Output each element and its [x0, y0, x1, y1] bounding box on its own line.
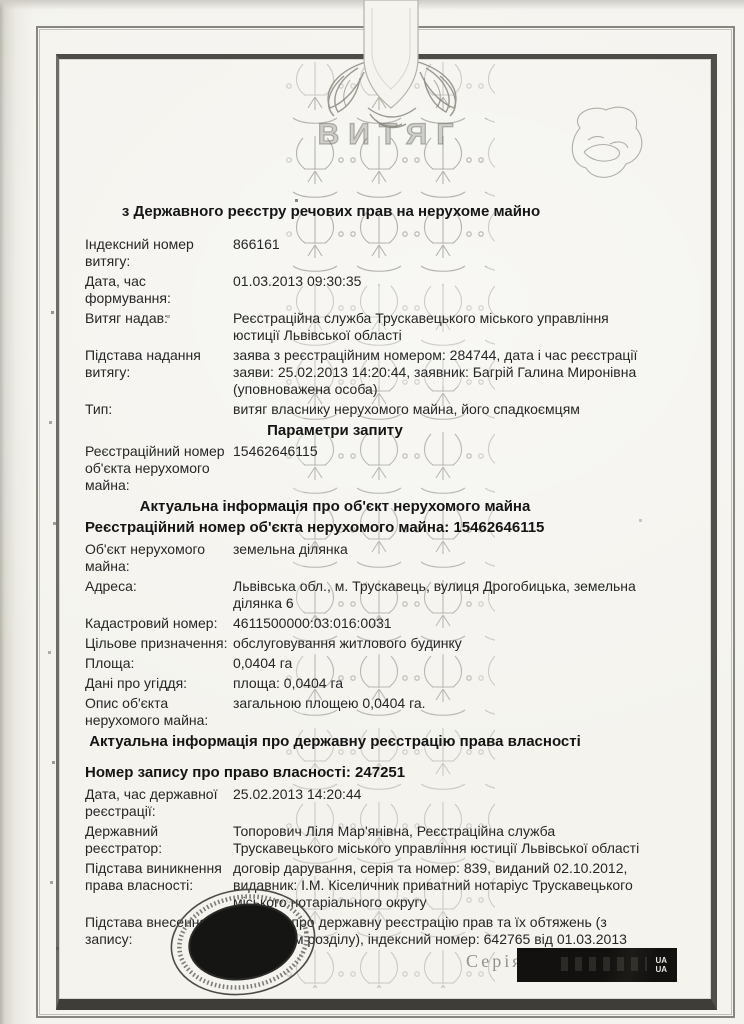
field-row: Підстава надання витягу:заява з реєстрац… — [85, 347, 665, 398]
document-body: з Державного реєстру речових прав на нер… — [85, 203, 665, 951]
field-value: Реєстраційна служба Трускавецького міськ… — [233, 310, 665, 344]
ua-mark-bottom: UA — [655, 965, 667, 974]
section-heading: Актуальна інформація про державну реєстр… — [85, 733, 585, 750]
field-label: Індексний номер витягу: — [85, 236, 233, 270]
field-row: Індексний номер витягу:866161 — [85, 236, 665, 270]
ua-mark-top: UA — [655, 956, 667, 965]
field-label: Площа: — [85, 655, 233, 672]
field-value: 4611500000:03:016:0031 — [233, 615, 665, 632]
field-label: Витяг надав: — [85, 310, 233, 344]
scan-noise-specks — [0, 0, 1, 1]
ua-marks: UA UA — [655, 956, 667, 974]
subsection-heading: Номер запису про право власності: 247251 — [85, 764, 665, 781]
field-label: Реєстраційний номер об'єкта нерухомого м… — [85, 443, 233, 494]
field-label: Державний реєстратор: — [85, 823, 233, 857]
field-row: Дата, час формування:01.03.2013 09:30:35 — [85, 273, 665, 307]
field-row: Цільове призначення:обслуговування житло… — [85, 635, 665, 652]
field-value: витяг власнику нерухомого майна, його сп… — [233, 401, 665, 418]
field-row: Витяг надав:Реєстраційна служба Трускаве… — [85, 310, 665, 344]
field-row: Опис об'єкта нерухомого майна:загальною … — [85, 695, 665, 729]
field-label: Дата, час формування: — [85, 273, 233, 307]
series-redaction-bar: UA UA — [517, 948, 677, 982]
field-label: Цільове призначення: — [85, 635, 233, 652]
coat-of-arms-shield-icon — [358, 0, 424, 116]
field-value: площа: 0,0404 га — [233, 675, 665, 692]
field-value: 25.02.2013 14:20:44 — [233, 786, 665, 820]
field-row: Площа:0,0404 га — [85, 655, 665, 672]
field-label: Підстава надання витягу: — [85, 347, 233, 398]
redacted-characters — [561, 957, 647, 971]
field-row: Дані про угіддя:площа: 0,0404 га — [85, 675, 665, 692]
field-label: Тип: — [85, 401, 233, 418]
field-value: земельна ділянка — [233, 541, 665, 575]
embossed-stamp-icon — [558, 100, 650, 196]
field-row: Державний реєстратор:Топорович Ліля Мар'… — [85, 823, 665, 857]
field-row: Реєстраційний номер об'єкта нерухомого м… — [85, 443, 665, 494]
field-value: 866161 — [233, 236, 665, 270]
field-value: обслуговування житлового будинку — [233, 635, 665, 652]
field-row: Об'єкт нерухомого майна:земельна ділянка — [85, 541, 665, 575]
field-value: загальною площею 0,0404 га. — [233, 695, 665, 729]
field-value: 15462646115 — [233, 443, 665, 494]
field-row: Дата, час державної реєстрації:25.02.201… — [85, 786, 665, 820]
field-label: Адреса: — [85, 578, 233, 612]
field-label: Кадастровий номер: — [85, 615, 233, 632]
field-label: Дата, час державної реєстрації: — [85, 786, 233, 820]
field-label: Дані про угіддя: — [85, 675, 233, 692]
field-value: Топорович Ліля Мар'янівна, Реєстраційна … — [233, 823, 665, 857]
document-title: з Державного реєстру речових прав на нер… — [85, 203, 577, 220]
field-label: Об'єкт нерухомого майна: — [85, 541, 233, 575]
section-heading: Параметри запиту — [85, 422, 585, 439]
field-value: 0,0404 га — [233, 655, 665, 672]
field-row: Тип:витяг власнику нерухомого майна, йог… — [85, 401, 665, 418]
field-row: Кадастровий номер:4611500000:03:016:0031 — [85, 615, 665, 632]
field-value: 01.03.2013 09:30:35 — [233, 273, 665, 307]
series-label: Серія — [466, 951, 524, 972]
field-label: Опис об'єкта нерухомого майна: — [85, 695, 233, 729]
round-ink-seal-icon — [165, 884, 321, 1004]
field-value: заява з реєстраційним номером: 284744, д… — [233, 347, 665, 398]
subsection-heading: Реєстраційний номер об'єкта нерухомого м… — [85, 519, 665, 536]
field-value: Львівська обл., м. Трускавець, вулиця Др… — [233, 578, 665, 612]
field-row: Адреса:Львівська обл., м. Трускавець, ву… — [85, 578, 665, 612]
section-heading: Актуальна інформація про об'єкт нерухомо… — [85, 498, 585, 515]
